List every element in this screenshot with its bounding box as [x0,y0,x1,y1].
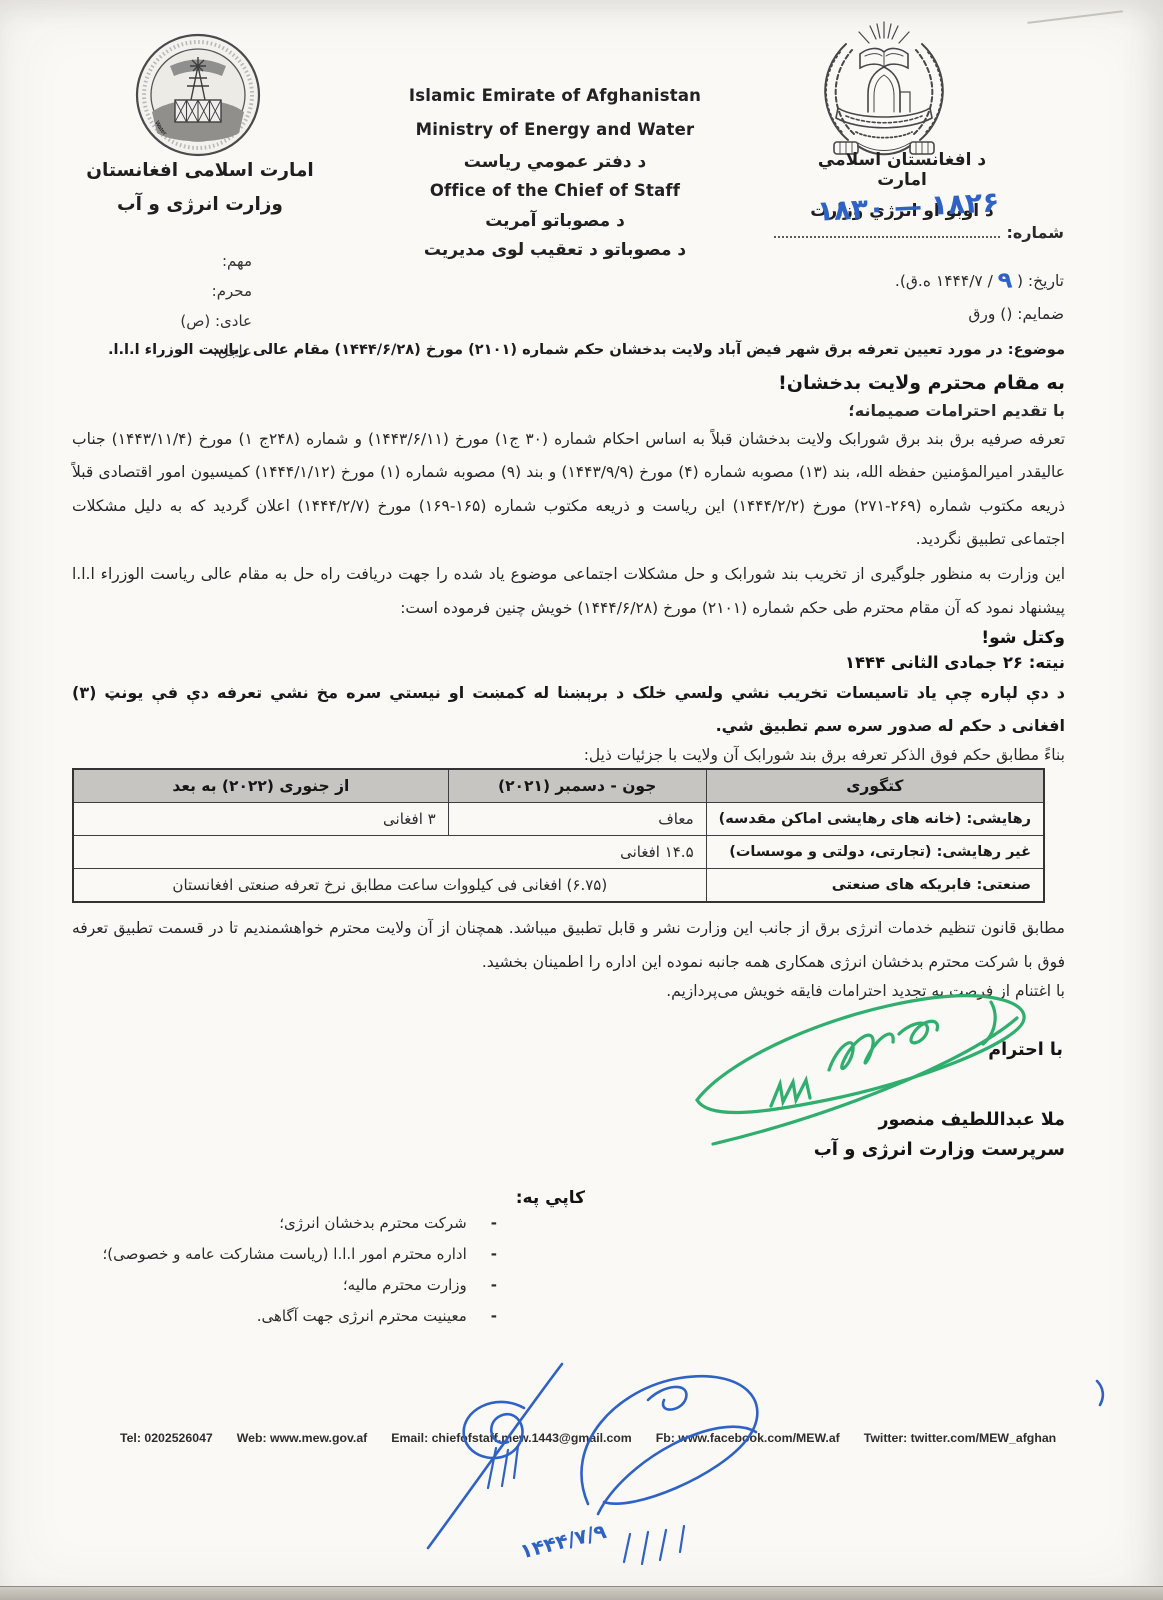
greeting-line: با تقدیم احترامات صمیمانه؛ [72,401,1065,420]
footer-email: Email: chiefofstaff.mew.1443@gmail.com [391,1431,631,1445]
blue-pen-tick-mark [1092,1378,1110,1408]
tariff-category-industrial: صنعتی: فابریکه های صنعتی [706,869,1044,903]
right-org-line1: د افغانستان اسلامي امارت [792,150,1012,190]
classification-important: مهم: [150,252,252,271]
body-paragraph-2: این وزارت به منظور جلوگیری از تخریب بند … [72,558,1065,625]
classification-confidential: محرم: [150,282,252,301]
copy-distribution-list: کاپي په: - شرکت محترم بدخشان انرژی؛ - اد… [72,1188,1065,1332]
copy-item-bullet: - [491,1239,497,1270]
scan-crease-artifact [1027,10,1124,38]
footer-twitter: Twitter: twitter.com/MEW_afghan [864,1431,1056,1445]
addressee-line: به مقام محترم ولایت بدخشان! [72,372,1065,394]
subject-line: موضوع: در مورد تعیین تعرفه برق شهر فیض آ… [80,341,1065,358]
signatory-title: سرپرست وزارت انرژی و آب [72,1139,1065,1160]
signatory-name: ملا عبداللطیف منصور [72,1110,1065,1130]
copy-item-bullet: - [491,1208,497,1239]
letterhead-en-line3: Office of the Chief of Staff [398,181,712,200]
table-intro-line: بناءً مطابق حکم فوق الذکر تعرفه برق بند … [72,746,1065,764]
tariff-residential-2021-value: معاف [448,803,706,836]
copies-heading: کاپي په: [72,1188,1065,1208]
decree-text-pashto: د دې لپاره چې یاد تاسیسات تخریب نشي ولسي… [72,677,1065,743]
letter-body: به مقام محترم ولایت بدخشان! با تقدیم احت… [72,372,1065,1332]
closing-line: با اغتنام از فرصت به تجدید احترامات فایق… [72,982,1065,1000]
copy-item: - معینیت محترم انرژی جهت آگاهی. [72,1301,1065,1332]
left-org-line1: امارت اسلامی افغانستان [42,160,358,181]
attachments-line: ضمایم: () ورق [772,305,1064,323]
tariff-category-residential: رهایشی: (خانه های رهایشی اماکن مقدسه) [706,803,1044,836]
left-org-line2: وزارت انرژی و آب [42,194,358,215]
seal-dam-icon [175,100,221,122]
classification-ordinary: عادی: (ص) [150,312,252,331]
copy-item-bullet: - [491,1301,497,1332]
body-paragraph-1: تعرفه صرفیه برق بند برق شورابک ولایت بدخ… [72,423,1065,556]
copy-item-bullet: - [491,1270,497,1301]
letterhead-fa-line3: د مصوباتو د تعقیب لوی مدیریت [398,240,712,260]
decree-date: نیته: ۲۶ جمادی الثانی ۱۴۴۴ [72,653,1065,672]
tariff-row-residential: رهایشی: (خانه های رهایشی اماکن مقدسه) مع… [73,803,1044,836]
number-label: شماره: [1006,223,1064,242]
signature-area: با احترام [72,1004,1065,1104]
handwritten-number-dash: — [893,189,923,223]
tariff-header-category: کتگوری [706,769,1044,803]
letter-number-line: شماره: [772,222,1064,242]
letterhead-fa-line2: د مصوباتو آمریت [398,211,712,231]
date-rest: / ۱۴۴۴/۷ ه.ق). [895,272,993,290]
regards-label: با احترام [988,1040,1063,1060]
emblem-wheat-wreath-left [825,44,854,140]
emblem-banner-scroll [836,108,932,138]
copy-item: - شرکت محترم بدخشان انرژی؛ [72,1208,1065,1239]
footer-contact-line: Tel: 0202526047 Web: www.mew.gov.af Emai… [120,1431,1056,1445]
ministry-of-energy-water-seal: Ministry of Energy & Water [126,30,270,164]
emblem-mihrab-minbar-icon [868,67,910,112]
copy-item-text: وزارت محترم مالیه؛ [343,1270,467,1301]
letterhead-en-line2: Ministry of Energy and Water [398,120,712,139]
number-fill-line [774,222,1000,238]
tariff-non-residential-value: ۱۴.۵ افغانی [73,836,706,869]
tariff-residential-2022-value: ۳ افغانی [73,803,448,836]
tariff-header-jun-dec-2021: جون - دسمبر (۲۰۲۱) [448,769,706,803]
copy-item: - وزارت محترم مالیه؛ [72,1270,1065,1301]
handwritten-date-day: ۹ [997,273,1012,288]
tariff-table-header-row: کتگوری جون - دسمبر (۲۰۲۱) از جنوری (۲۰۲۲… [73,769,1044,803]
emblem-wheat-wreath-right [914,44,943,140]
tariff-table: کتگوری جون - دسمبر (۲۰۲۱) از جنوری (۲۰۲۲… [72,768,1045,903]
scan-bottom-edge [0,1586,1163,1600]
handwritten-number-right: ۱۸۲۶ [930,185,1000,222]
afghanistan-national-emblem [806,16,962,164]
tariff-industrial-value: (۶.۷۵) افغانی فی کیلووات ساعت مطابق نرخ … [73,869,706,903]
blue-ink-signatures: ۱۴۴۴/۷/۹ [412,1348,796,1600]
letterhead-en-line1: Islamic Emirate of Afghanistan [398,86,712,105]
copy-item-text: اداره محترم امور ا.ا.ا (ریاست مشارکت عام… [102,1239,466,1270]
tariff-header-from-jan-2022: از جنوری (۲۰۲۲) به بعد [73,769,448,803]
copy-item-text: معینیت محترم انرژی جهت آگاهی. [257,1301,467,1332]
decree-heading: وکتل شو! [72,628,1065,648]
letterhead-fa-line1: د دفتر عمومي رياست [398,152,712,172]
handwritten-blue-date: ۱۴۴۴/۷/۹ [518,1519,609,1564]
scanned-letter-page: Ministry of Energy & Water [0,0,1163,1600]
copy-item: - اداره محترم امور ا.ا.ا (ریاست مشارکت ع… [72,1239,1065,1270]
tariff-row-non-residential: غیر رهایشی: (تجارتی، دولتی و موسسات) ۱۴.… [73,836,1044,869]
letterhead-left-org: امارت اسلامی افغانستان وزارت انرژی و آب [42,160,358,215]
emblem-rays [859,22,909,43]
letterhead-center: Islamic Emirate of Afghanistan Ministry … [398,86,712,260]
footer-web: Web: www.mew.gov.af [237,1431,368,1445]
date-label: تاریخ: ( [1017,272,1064,290]
copy-item-text: شرکت محترم بدخشان انرژی؛ [279,1208,467,1239]
letter-date-line: تاریخ: ( ۹ / ۱۴۴۴/۷ ه.ق). [772,272,1064,290]
body-paragraph-3: مطابق قانون تنظیم خدمات انرژی برق از جان… [72,912,1065,979]
footer-facebook: Fb: www.facebook.com/MEW.af [656,1431,840,1445]
emblem-open-quran-icon [860,48,908,68]
tariff-row-industrial: صنعتی: فابریکه های صنعتی (۶.۷۵) افغانی ف… [73,869,1044,903]
footer-tel: Tel: 0202526047 [120,1431,213,1445]
tariff-category-non-residential: غیر رهایشی: (تجارتی، دولتی و موسسات) [706,836,1044,869]
